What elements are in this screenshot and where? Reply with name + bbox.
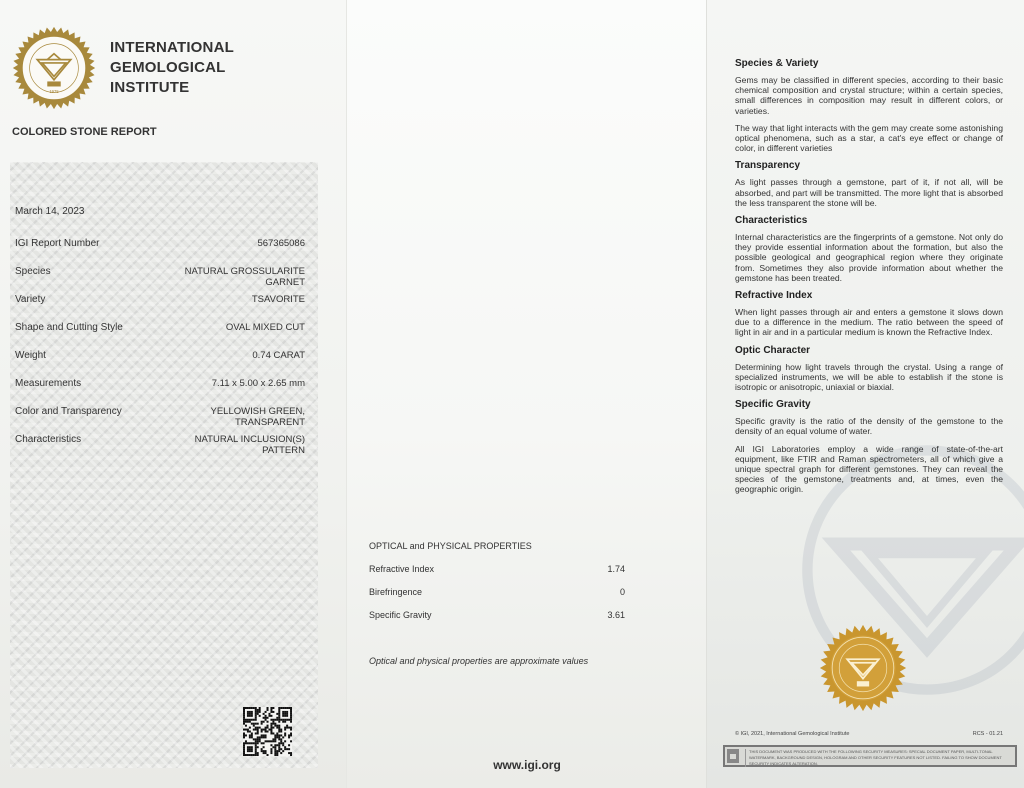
security-notice-text: THIS DOCUMENT WAS PRODUCED WITH THE FOLL… [745, 749, 1011, 767]
field-label: Weight [15, 350, 46, 361]
field-label: Measurements [15, 378, 81, 389]
svg-text:1975: 1975 [49, 89, 59, 94]
property-value: 3.61 [607, 610, 625, 620]
website-link[interactable]: www.igi.org [347, 758, 707, 772]
field-value: NATURAL GROSSULARITEGARNET [185, 266, 305, 288]
field-label: Color and Transparency [15, 406, 122, 417]
field-value: OVAL MIXED CUT [226, 322, 305, 333]
info-paragraph: Internal characteristics are the fingerp… [735, 232, 1003, 283]
report-date: March 14, 2023 [15, 206, 85, 217]
field-value: NATURAL INCLUSION(S)PATTERN [195, 434, 305, 456]
info-paragraph: Gems may be classified in different spec… [735, 75, 1003, 116]
igi-seal-icon: 1975 [12, 26, 96, 110]
info-section: Species & VarietyGems may be classified … [735, 58, 1003, 153]
field-label: Characteristics [15, 434, 81, 445]
field-value-line: 567365086 [257, 238, 305, 249]
info-section-title: Transparency [735, 160, 1003, 171]
field-value-line: OVAL MIXED CUT [226, 322, 305, 333]
copyright-text: © IGI, 2021, International Gemological I… [735, 731, 849, 737]
properties-panel: OPTICAL and PHYSICAL PROPERTIES Refracti… [346, 0, 707, 788]
field-value-line: PATTERN [195, 445, 305, 456]
field-value: 7.11 x 5.00 x 2.65 mm [212, 378, 305, 389]
info-sections: Species & VarietyGems may be classified … [735, 58, 1003, 502]
info-section: CharacteristicsInternal characteristics … [735, 215, 1003, 283]
property-label: Refractive Index [369, 564, 434, 574]
field-value-line: YELLOWISH GREEN, [211, 406, 306, 417]
info-section-title: Species & Variety [735, 58, 1003, 69]
field-label: IGI Report Number [15, 238, 99, 249]
property-row: Refractive Index 1.74 [369, 564, 625, 574]
field-value: 567365086 [257, 238, 305, 249]
info-section-title: Characteristics [735, 215, 1003, 226]
info-section-title: Specific Gravity [735, 399, 1003, 410]
security-pattern-background [10, 162, 318, 768]
field-value-line: TSAVORITE [252, 294, 305, 305]
report-title: COLORED STONE REPORT [12, 126, 157, 138]
field-value: TSAVORITE [252, 294, 305, 305]
info-paragraph: As light passes through a gemstone, part… [735, 177, 1003, 208]
field-value-line: GARNET [185, 277, 305, 288]
institute-line: GEMOLOGICAL [110, 58, 234, 78]
field-value-line: NATURAL GROSSULARITE [185, 266, 305, 277]
institute-line: INTERNATIONAL [110, 38, 234, 58]
qr-code-icon[interactable] [243, 707, 292, 756]
field-label: Shape and Cutting Style [15, 322, 123, 333]
info-paragraph: The way that light interacts with the ge… [735, 123, 1003, 154]
info-paragraph: Determining how light travels through th… [735, 362, 1003, 393]
field-value-line: 7.11 x 5.00 x 2.65 mm [212, 378, 305, 389]
field-value-line: TRANSPARENT [211, 417, 306, 428]
property-row: Specific Gravity 3.61 [369, 610, 625, 620]
info-paragraph: When light passes through air and enters… [735, 307, 1003, 338]
property-label: Birefringence [369, 587, 422, 597]
info-section-title: Optic Character [735, 345, 1003, 356]
field-label: Species [15, 266, 51, 277]
property-value: 1.74 [607, 564, 625, 574]
field-value-line: NATURAL INCLUSION(S) [195, 434, 305, 445]
gold-seal-icon [819, 624, 907, 712]
field-label: Variety [15, 294, 45, 305]
lock-document-icon [727, 749, 739, 763]
property-label: Specific Gravity [369, 610, 432, 620]
info-paragraph: All IGI Laboratories employ a wide range… [735, 444, 1003, 495]
report-front-panel: 1975 INTERNATIONAL GEMOLOGICAL INSTITUTE… [0, 0, 346, 788]
property-row: Birefringence 0 [369, 587, 625, 597]
properties-heading: OPTICAL and PHYSICAL PROPERTIES [369, 541, 532, 551]
field-value: 0.74 CARAT [252, 350, 305, 361]
info-section: Refractive IndexWhen light passes throug… [735, 290, 1003, 338]
security-notice-box: THIS DOCUMENT WAS PRODUCED WITH THE FOLL… [723, 745, 1017, 767]
info-section: TransparencyAs light passes through a ge… [735, 160, 1003, 208]
info-section-title: Refractive Index [735, 290, 1003, 301]
information-panel: Species & VarietyGems may be classified … [706, 0, 1024, 788]
field-value: YELLOWISH GREEN,TRANSPARENT [211, 406, 306, 428]
info-section: Optic CharacterDetermining how light tra… [735, 345, 1003, 393]
institute-line: INSTITUTE [110, 78, 234, 98]
info-paragraph: Specific gravity is the ratio of the den… [735, 416, 1003, 436]
field-value-line: 0.74 CARAT [252, 350, 305, 361]
info-section: Specific GravitySpecific gravity is the … [735, 399, 1003, 494]
form-code: RCS - 01.21 [973, 731, 1003, 737]
property-value: 0 [620, 587, 625, 597]
approximate-values-note: Optical and physical properties are appr… [369, 656, 588, 666]
institute-name: INTERNATIONAL GEMOLOGICAL INSTITUTE [110, 38, 234, 98]
